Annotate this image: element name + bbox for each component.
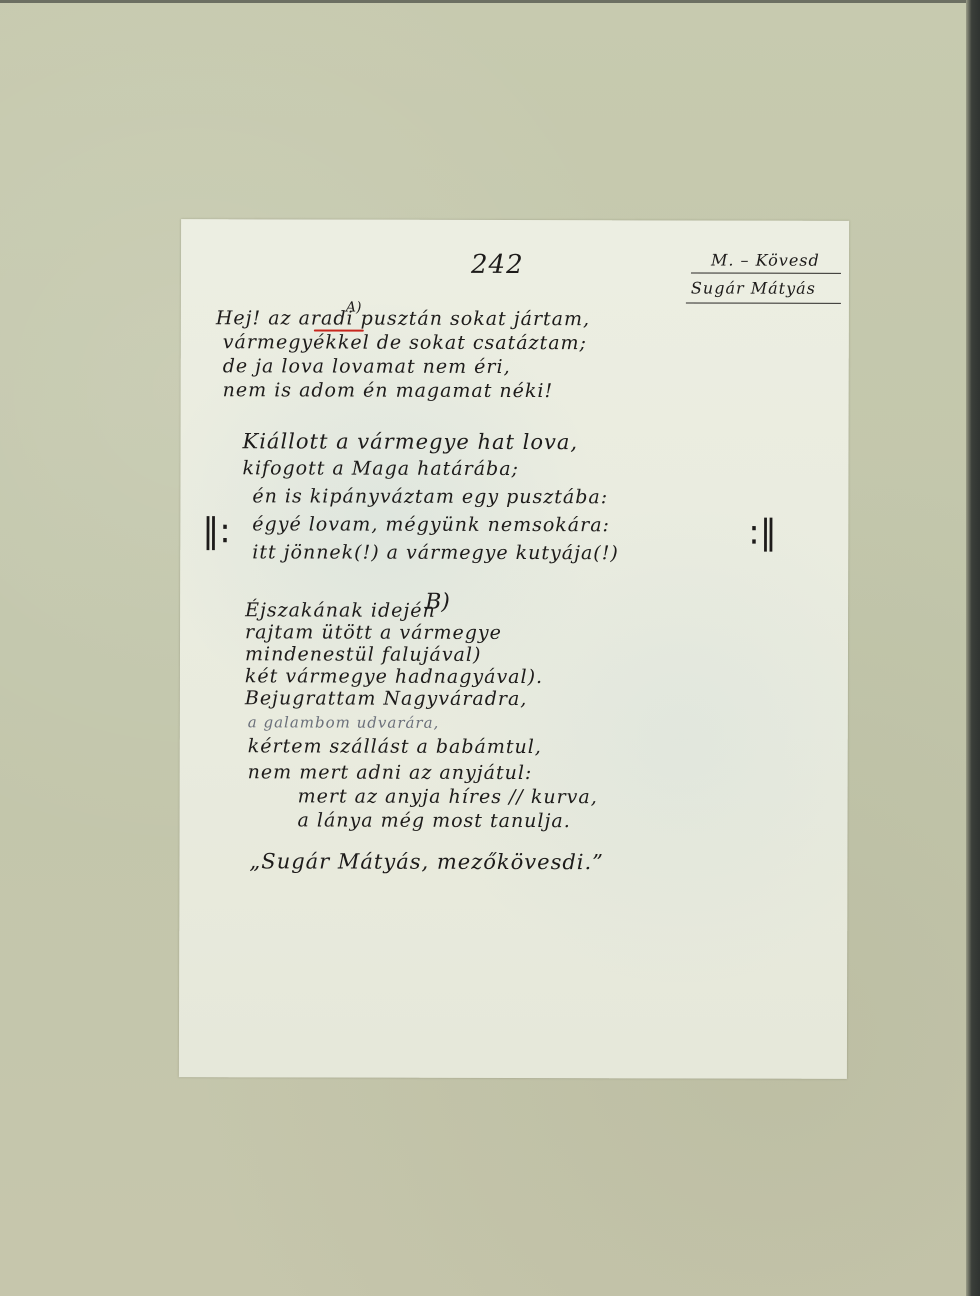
stanza-3-line-1: Éjszakának idején bbox=[245, 599, 436, 621]
board-right-edge bbox=[966, 0, 980, 1296]
stanza-4-line-2: a galambom udvarára, bbox=[248, 713, 440, 732]
stanza-1-line-4: nem is adom én magamat néki! bbox=[223, 379, 554, 402]
signature: „Sugár Mátyás, mezőkövesdi.” bbox=[249, 849, 604, 874]
stanza-2-line-5: itt jönnek(!) a vármegye kutyája(!) bbox=[252, 541, 619, 564]
repeat-sign-open: ‖: bbox=[202, 511, 231, 551]
stanza-2-line-3: én is kipányváztam egy pusztába: bbox=[252, 485, 608, 508]
stanza-2-line-2: kifogott a Maga határába; bbox=[242, 457, 519, 480]
header-rule-1 bbox=[691, 272, 841, 273]
stanza-2-line-1: Kiállott a vármegye hat lova, bbox=[243, 429, 579, 454]
stanza-4-line-4: nem mert adni az anyjátul: bbox=[248, 761, 533, 784]
stanza-1-line-1: Hej! az aradi pusztán sokat jártam, bbox=[216, 307, 590, 330]
stanza-4-line-1: Bejugrattam Nagyváradra, bbox=[245, 687, 528, 710]
header-singer: Sugár Mátyás bbox=[691, 278, 816, 297]
manuscript-sheet: 242 M. – Kövesd Sugár Mátyás A) Hej! az … bbox=[179, 219, 849, 1079]
stanza-1-line-2: vármegyékkel de sokat csatáztam; bbox=[223, 331, 587, 354]
stanza-4-line-3: kértem szállást a babámtul, bbox=[248, 735, 542, 758]
header-rule-2 bbox=[686, 302, 841, 303]
stanza-4-line-6: a lánya még most tanulja. bbox=[298, 809, 571, 832]
header-location: M. – Kövesd bbox=[711, 251, 820, 270]
board-top-edge bbox=[0, 0, 966, 3]
repeat-sign-close: :‖ bbox=[748, 513, 777, 553]
page-number: 242 bbox=[471, 250, 524, 280]
stanza-3-line-2: rajtam ütött a vármegye bbox=[245, 621, 502, 644]
stanza-3-line-3: mindenestül falujával) bbox=[245, 643, 481, 666]
stanza-4-line-5: mert az anyja híres // kurva, bbox=[298, 785, 598, 808]
stanza-1-line-3: de ja lova lovamat nem éri, bbox=[223, 355, 511, 378]
stanza-3-line-4: két vármegye hadnagyával). bbox=[245, 665, 543, 688]
stanza-2-line-4: égyé lovam, mégyünk nemsokára: bbox=[252, 513, 610, 536]
